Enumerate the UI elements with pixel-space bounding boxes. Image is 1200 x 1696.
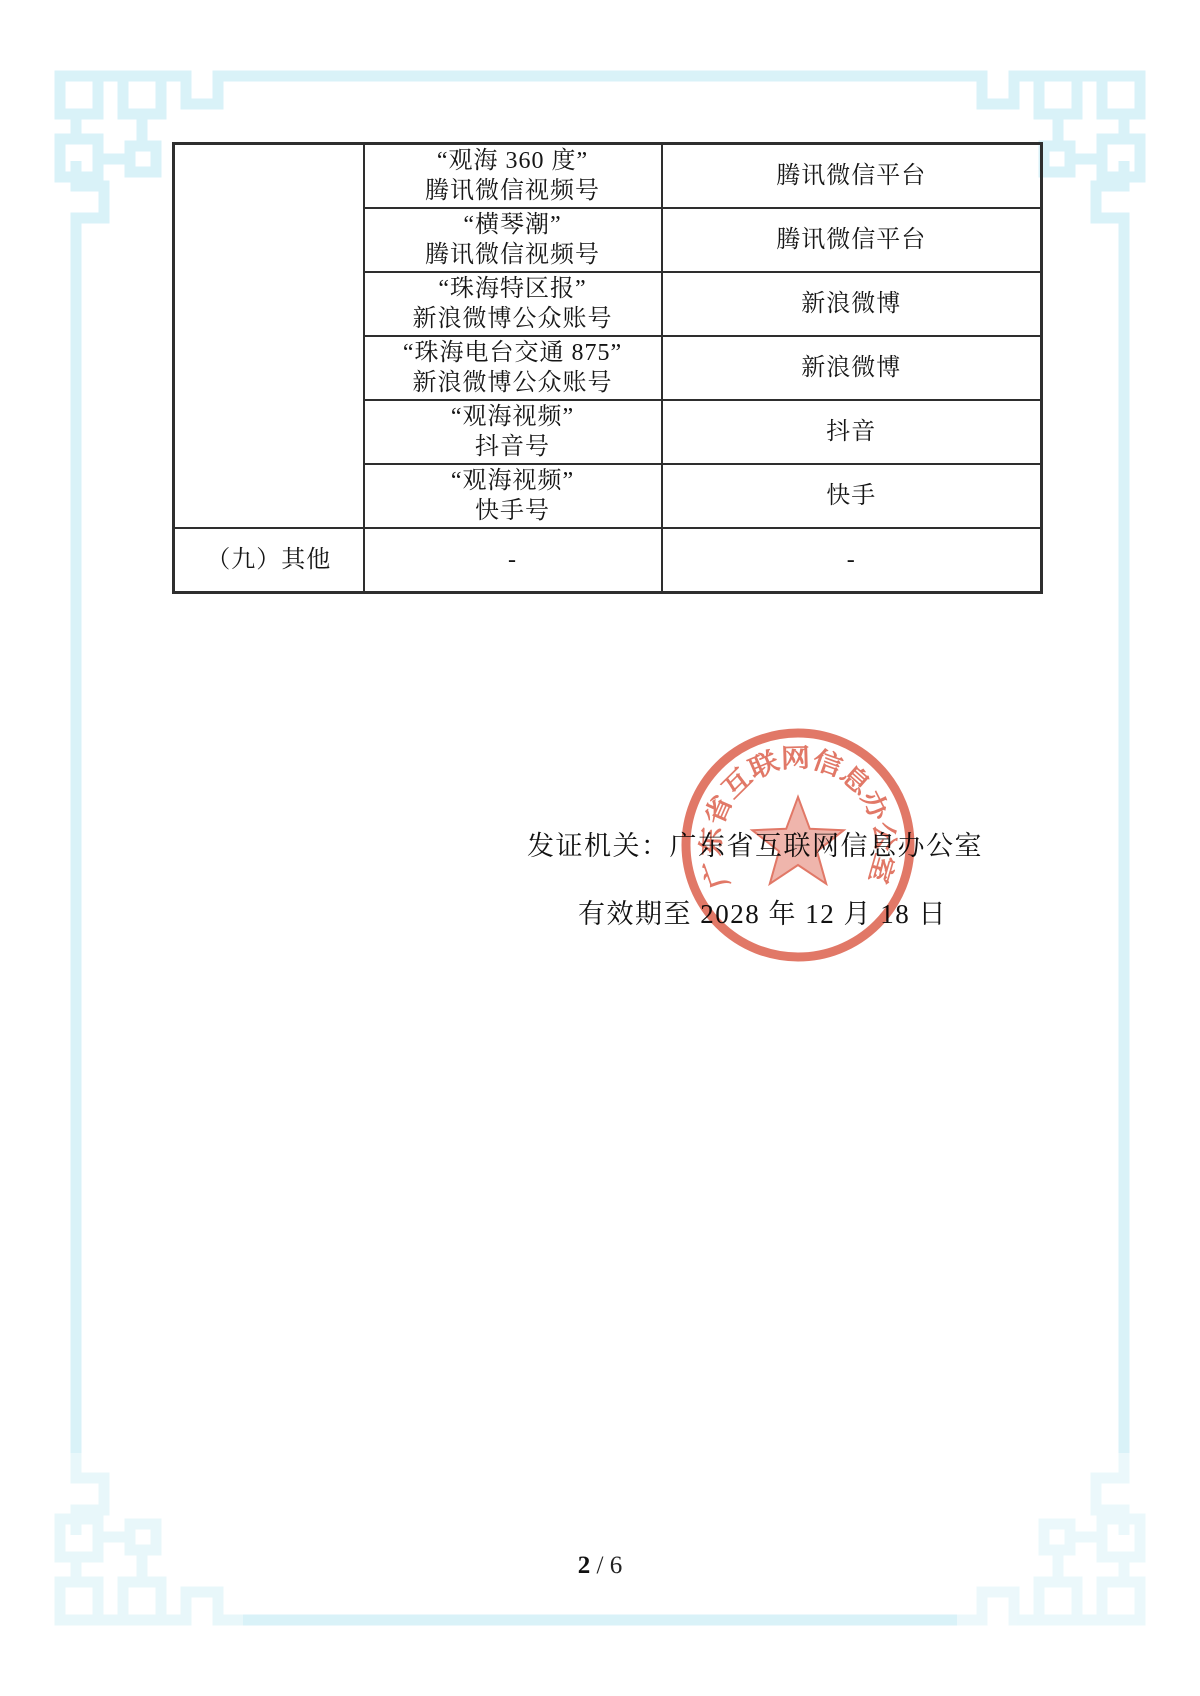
category-cell: （九）其他 — [174, 528, 364, 593]
account-name: “观海 360 度” — [365, 146, 661, 176]
account-cell: “观海 360 度”腾讯微信视频号 — [364, 144, 662, 208]
validity-line: 有效期至 2028 年 12 月 18 日 — [578, 892, 947, 931]
page-number-total: 6 — [610, 1552, 623, 1579]
license-table-body: “观海 360 度”腾讯微信视频号腾讯微信平台“横琴潮”腾讯微信视频号腾讯微信平… — [174, 144, 1042, 593]
account-name: “观海视频” — [365, 402, 661, 432]
platform-cell: 新浪微博 — [662, 336, 1042, 400]
account-type: 快手号 — [365, 496, 661, 526]
page-number: 2 / 6 — [0, 1552, 1200, 1580]
account-cell: “珠海特区报”新浪微博公众账号 — [364, 272, 662, 336]
border-corner-bottom-right — [954, 1450, 1140, 1620]
account-cell: “观海视频”快手号 — [364, 464, 662, 528]
platform-cell: 腾讯微信平台 — [662, 144, 1042, 208]
license-accounts-table: “观海 360 度”腾讯微信视频号腾讯微信平台“横琴潮”腾讯微信视频号腾讯微信平… — [172, 142, 1043, 594]
account-cell: “横琴潮”腾讯微信视频号 — [364, 208, 662, 272]
account-cell: - — [364, 528, 662, 593]
account-type: 抖音号 — [365, 432, 661, 462]
platform-cell: 腾讯微信平台 — [662, 208, 1042, 272]
border-corner-bottom-left — [60, 1450, 246, 1620]
platform-cell: 新浪微博 — [662, 272, 1042, 336]
account-name: “观海视频” — [365, 466, 661, 496]
platform-cell: - — [662, 528, 1042, 593]
category-merged-cell — [174, 144, 364, 528]
account-cell: “珠海电台交通 875”新浪微博公众账号 — [364, 336, 662, 400]
document-page: “观海 360 度”腾讯微信视频号腾讯微信平台“横琴潮”腾讯微信视频号腾讯微信平… — [0, 0, 1200, 1696]
page-number-current: 2 — [578, 1552, 591, 1579]
issuer-line: 发证机关：广东省互联网信息办公室 — [527, 824, 983, 863]
platform-cell: 抖音 — [662, 400, 1042, 464]
account-cell: “观海视频”抖音号 — [364, 400, 662, 464]
account-type: 新浪微博公众账号 — [365, 304, 661, 334]
account-type: 腾讯微信视频号 — [365, 240, 661, 270]
account-type: 新浪微博公众账号 — [365, 368, 661, 398]
account-name: “横琴潮” — [365, 210, 661, 240]
account-name: “珠海特区报” — [365, 274, 661, 304]
account-name: “珠海电台交通 875” — [365, 338, 661, 368]
page-number-separator: / — [597, 1552, 604, 1579]
account-type: 腾讯微信视频号 — [365, 176, 661, 206]
table-row-other: （九）其他-- — [174, 528, 1042, 593]
table-row: “观海 360 度”腾讯微信视频号腾讯微信平台 — [174, 144, 1042, 208]
platform-cell: 快手 — [662, 464, 1042, 528]
